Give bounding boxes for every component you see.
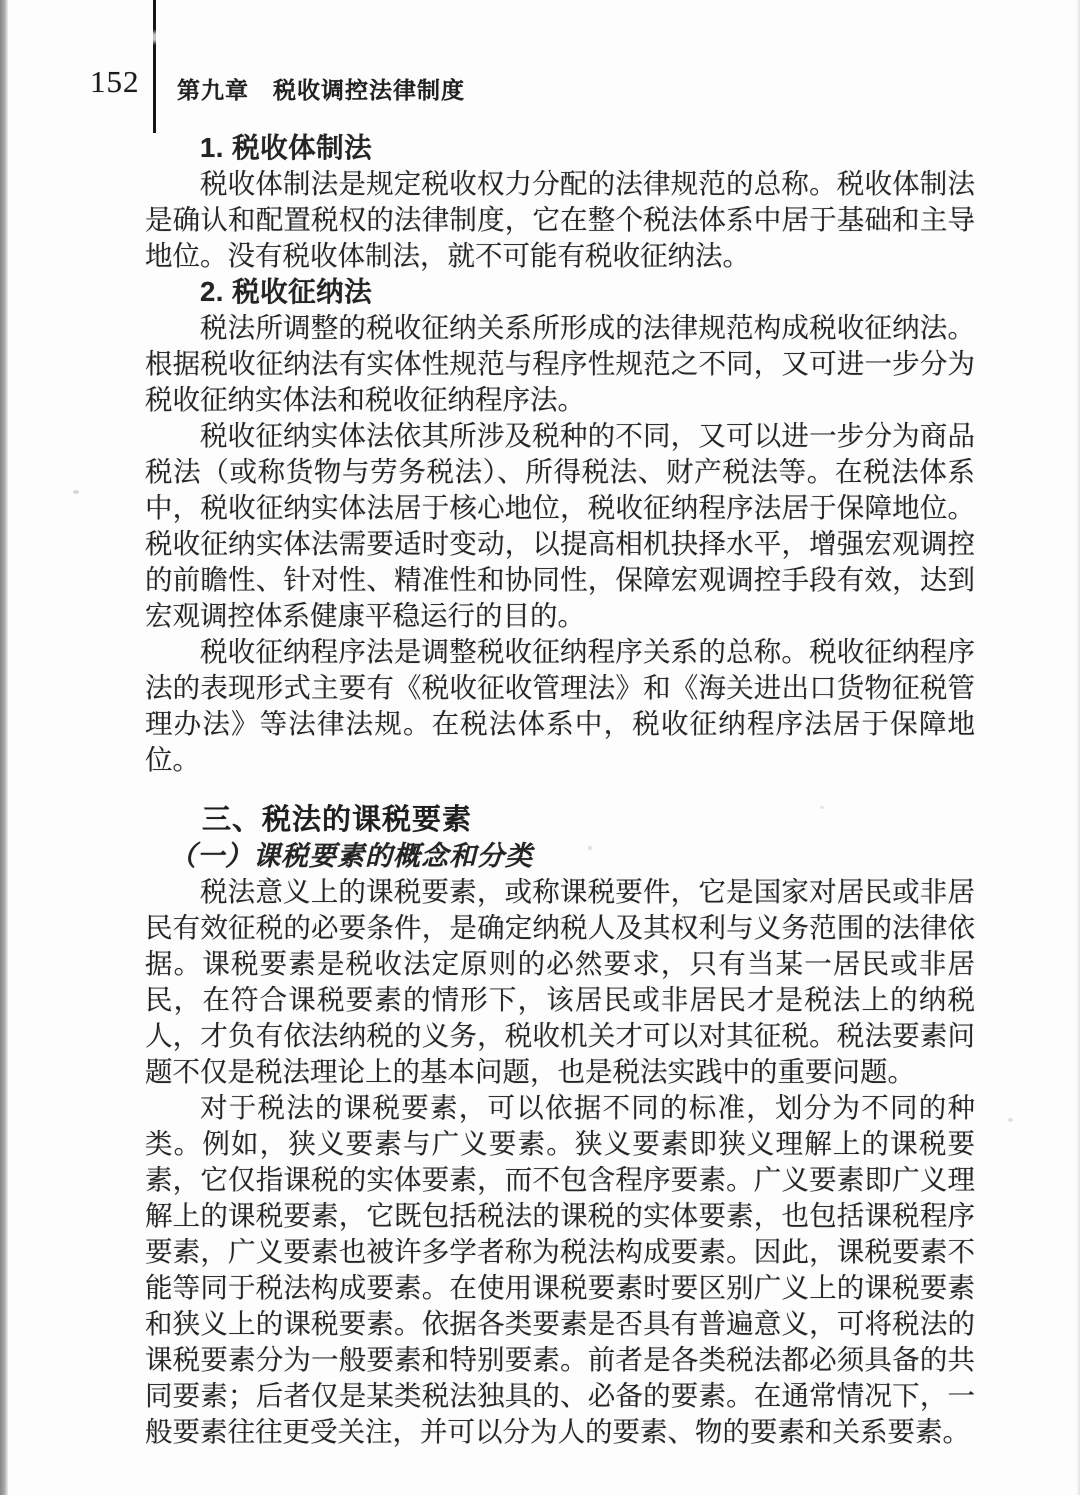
body-paragraph: 税收体制法是规定税收权力分配的法律规范的总称。税收体制法是确认和配置税权的法律制… (145, 166, 975, 274)
numbered-heading-tax-system-law: 1. 税收体制法 (145, 130, 975, 166)
header-divider-line (153, 0, 156, 133)
scan-speck (1008, 1118, 1013, 1122)
body-paragraph: 税收征纳程序法是调整税收征纳程序关系的总称。税收征纳程序法的表现形式主要有《税收… (145, 634, 975, 778)
page-number: 152 (90, 64, 140, 100)
scan-edge-right (1076, 0, 1080, 1495)
body-paragraph: 税法意义上的课税要素，或称课税要件，它是国家对居民或非居民有效征税的必要条件，是… (145, 874, 975, 1090)
body-paragraph: 税法所调整的税收征纳关系所形成的法律规范构成税收征纳法。根据税收征纳法有实体性规… (145, 310, 975, 418)
body-paragraph: 对于税法的课税要素，可以依据不同的标准，划分为不同的种类。例如，狭义要素与广义要… (145, 1090, 975, 1450)
book-page: 152 第九章 税收调控法律制度 1. 税收体制法 税收体制法是规定税收权力分配… (0, 0, 1080, 1495)
body-paragraph: 税收征纳实体法依其所涉及税种的不同，又可以进一步分为商品税法（或称货物与劳务税法… (145, 418, 975, 634)
scan-speck (73, 490, 79, 494)
chapter-header: 第九章 税收调控法律制度 (177, 72, 465, 105)
section-heading-taxation-elements: 三、税法的课税要素 (145, 802, 975, 838)
scan-speck (820, 806, 824, 809)
scan-speck (588, 846, 592, 850)
page-content: 1. 税收体制法 税收体制法是规定税收权力分配的法律规范的总称。税收体制法是确认… (145, 130, 975, 1450)
sub-heading-concept-classification: （一）课税要素的概念和分类 (145, 838, 975, 874)
scan-edge-left (0, 0, 8, 1495)
numbered-heading-tax-collection-law: 2. 税收征纳法 (145, 274, 975, 310)
